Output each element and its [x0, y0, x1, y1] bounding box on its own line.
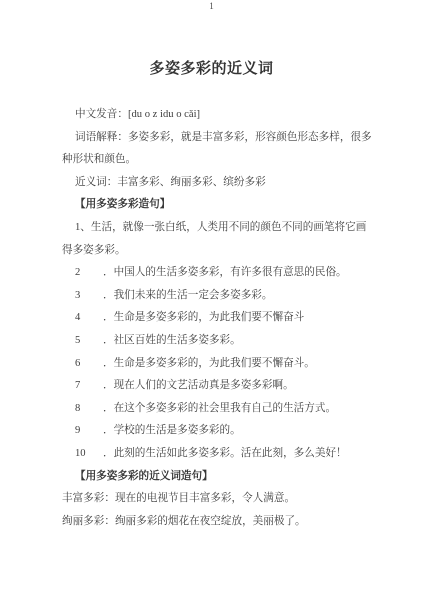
page-number: 1 — [0, 1, 423, 11]
sentence-item-4: 4 ．生命是多姿多彩的，为此我们要不懈奋斗 — [62, 307, 385, 330]
sentence-number: 7 — [75, 375, 103, 398]
document-title: 多姿多彩的近义词 — [0, 57, 423, 78]
section-heading-usage: 【用多姿多彩造句】 — [62, 194, 385, 217]
sentence-text: ．生命是多姿多彩的，为此我们要不懈奋斗。 — [103, 353, 315, 376]
definition-line-1: 词语解释：多姿多彩，就是丰富多彩，形容颜色形态多样，很多 — [62, 127, 385, 150]
sentence-text: ．社区百姓的生活多姿多彩。 — [103, 330, 241, 353]
sentence-item-9: 9 ．学校的生活是多姿多彩的。 — [62, 420, 385, 443]
sentence-number: 4 — [75, 307, 103, 330]
sentence-number: 6 — [75, 353, 103, 376]
sentence-text: ．我们未来的生活一定会多姿多彩。 — [103, 285, 273, 308]
sentence-1-line-2: 得多姿多彩。 — [62, 240, 385, 263]
synonym-example-fengfu: 丰富多彩：现在的电视节目丰富多彩，令人满意。 — [62, 488, 385, 511]
pronunciation-line: 中文发音：[du o z idu o cǎi] — [62, 104, 385, 127]
sentence-item-10: 10 ．此刻的生活如此多姿多彩。活在此刻，多么美好！ — [62, 443, 385, 466]
sentence-text: ．中国人的生活多姿多彩，有许多很有意思的民俗。 — [103, 262, 347, 285]
sentence-item-2: 2 ．中国人的生活多姿多彩，有许多很有意思的民俗。 — [62, 262, 385, 285]
sentence-number: 10 — [75, 443, 103, 466]
sentence-item-3: 3 ．我们未来的生活一定会多姿多彩。 — [62, 285, 385, 308]
synonyms-line: 近义词：丰富多彩、绚丽多彩、缤纷多彩 — [62, 172, 385, 195]
sentence-number: 9 — [75, 420, 103, 443]
sentence-item-7: 7 ．现在人们的文艺活动真是多姿多彩啊。 — [62, 375, 385, 398]
sentence-1-line-1: 1、生活，就像一张白纸，人类用不同的颜色不同的画笔将它画 — [62, 217, 385, 240]
definition-line-2: 种形状和颜色。 — [62, 149, 385, 172]
sentence-item-8: 8 ．在这个多姿多彩的社会里我有自己的生活方式。 — [62, 398, 385, 421]
synonym-example-xuanli: 绚丽多彩：绚丽多彩的烟花在夜空绽放，美丽极了。 — [62, 511, 385, 534]
document-body: 中文发音：[du o z idu o cǎi] 词语解释：多姿多彩，就是丰富多彩… — [62, 104, 385, 533]
sentence-item-6: 6 ．生命是多姿多彩的，为此我们要不懈奋斗。 — [62, 353, 385, 376]
sentence-text: ．在这个多姿多彩的社会里我有自己的生活方式。 — [103, 398, 336, 421]
sentence-text: ．此刻的生活如此多姿多彩。活在此刻，多么美好！ — [103, 443, 347, 466]
sentence-number: 3 — [75, 285, 103, 308]
sentence-number: 8 — [75, 398, 103, 421]
sentence-number: 2 — [75, 262, 103, 285]
sentence-item-5: 5 ．社区百姓的生活多姿多彩。 — [62, 330, 385, 353]
sentence-number: 5 — [75, 330, 103, 353]
sentence-text: ．学校的生活是多姿多彩的。 — [103, 420, 241, 443]
section-heading-synonym-usage: 【用多姿多彩的近义词造句】 — [62, 466, 385, 489]
sentence-text: ．现在人们的文艺活动真是多姿多彩啊。 — [103, 375, 294, 398]
document-page: 1 多姿多彩的近义词 中文发音：[du o z idu o cǎi] 词语解释：… — [0, 0, 423, 600]
sentence-text: ．生命是多姿多彩的，为此我们要不懈奋斗 — [103, 307, 304, 330]
